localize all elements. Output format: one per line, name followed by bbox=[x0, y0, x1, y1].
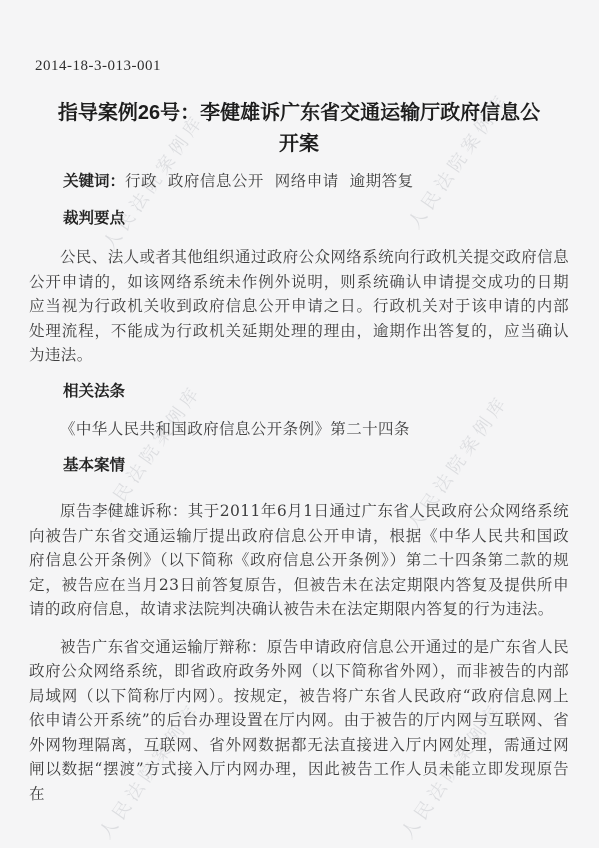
section-adjudication-points: 裁判要点 公民、法人或者其他组织通过政府公众网络系统向行政机关提交政府信息公开申… bbox=[29, 207, 569, 368]
keywords-label: 关键词： bbox=[63, 173, 125, 190]
section-heading-related-law: 相关法条 bbox=[29, 380, 569, 404]
case-number: 2014-18-3-013-001 bbox=[35, 0, 569, 75]
paragraph-adjudication-points: 公民、法人或者其他组织通过政府公众网络系统向行政机关提交政府信息公开申请的，如该… bbox=[29, 245, 569, 368]
keywords-value: 行政 政府信息公开 网络申请 逾期答复 bbox=[125, 172, 414, 190]
paragraph-plaintiff-claim: 原告李健雄诉称：其于2011年6月1日通过广东省人民政府公众网络系统向被告广东省… bbox=[29, 499, 569, 622]
case-title: 指导案例26号：李健雄诉广东省交通运输厅政府信息公开案 bbox=[54, 98, 544, 160]
document-content: 2014-18-3-013-001 指导案例26号：李健雄诉广东省交通运输厅政府… bbox=[0, 0, 599, 806]
paragraph-defendant-defense: 被告广东省交通运输厅辩称：原告申请政府信息公开通过的是广东省人民政府公众网络系统… bbox=[29, 635, 569, 807]
section-related-law: 相关法条 《中华人民共和国政府信息公开条例》第二十四条 bbox=[29, 380, 569, 442]
section-heading-basic-facts: 基本案情 bbox=[29, 454, 569, 478]
section-basic-facts: 基本案情 原告李健雄诉称：其于2011年6月1日通过广东省人民政府公众网络系统向… bbox=[29, 454, 569, 806]
document-page: 人民法院案例库 人民法院案例库 人民法院案例库 人民法院案例库 人民法院案例库 … bbox=[0, 0, 599, 848]
section-heading-adjudication-points: 裁判要点 bbox=[29, 207, 569, 231]
paragraph-related-law: 《中华人民共和国政府信息公开条例》第二十四条 bbox=[29, 417, 569, 442]
keywords-line: 关键词：行政 政府信息公开 网络申请 逾期答复 bbox=[29, 169, 569, 194]
